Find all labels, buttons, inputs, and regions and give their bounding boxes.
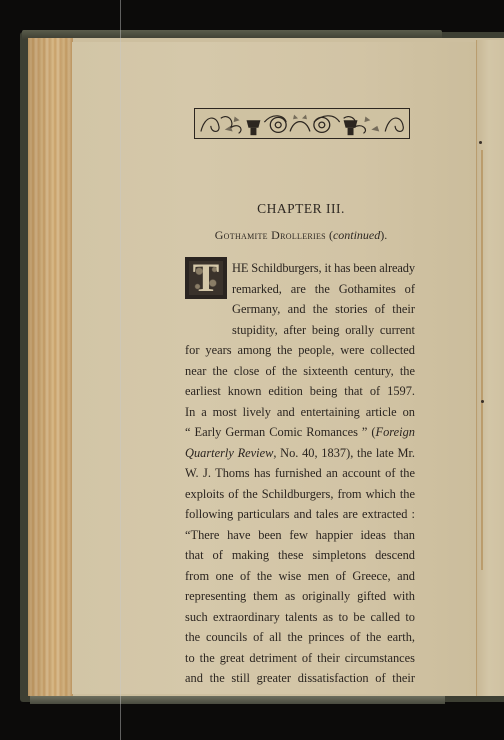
text-segment: HE Schildburgers, it has been already [232,261,415,275]
text-segment: the councils of all the princes of the e… [185,630,415,644]
text-segment: In a most lively and entertaining articl… [185,405,415,419]
drop-cap-letter: T [187,256,225,300]
binding-hole [479,141,482,144]
text-line: such extraordinary talents as to be call… [185,610,415,624]
floral-ornament-icon [195,109,409,138]
text-line: “ Early German Comic Romances ” (Foreign [185,425,415,439]
text-segment: , No. 40, 1837), the late Mr. [273,446,415,460]
text-segment: representing them as originally gifted w… [185,589,415,603]
text-line: W. J. Thoms has furnished an account of … [185,466,415,480]
text-segment: stupidity, after being orally current [232,323,415,337]
text-segment: following particulars and tales are extr… [185,507,415,521]
text-line: stupidity, after being orally current [232,323,415,337]
italic-text: Quarterly Review [185,446,273,460]
decorative-headpiece [194,108,410,139]
subtitle-close-paren: ). [380,228,387,242]
drop-cap: T [185,257,227,299]
italic-text: Foreign [376,425,415,439]
text-segment: remarked, are the Gothamites of [232,282,415,296]
text-segment: for years among the people, were collect… [185,343,415,357]
text-line: Germany, and the stories of their [232,302,415,316]
text-segment: “There have been few happier ideas than [185,528,415,542]
facing-page-crease [481,150,483,570]
text-segment: from one of the wise men of Greece, and [185,569,415,583]
chapter-title: CHAPTER III. [185,201,417,217]
text-segment: exploits of the Schildburgers, from whic… [185,487,415,501]
binding-hole [481,400,484,403]
text-line: that of making these simpletons descend [185,548,415,562]
text-segment: to the great detriment of their circumst… [185,651,415,665]
subtitle-main: Gothamite Drolleries [215,228,326,242]
text-line: to the great detriment of their circumst… [185,651,415,665]
text-segment: and the still greater dissatisfaction of… [185,671,415,685]
cover-bottom-edge [30,696,445,704]
text-segment: W. J. Thoms has furnished an account of … [185,466,415,480]
text-line: HE Schildburgers, it has been already [232,261,415,275]
text-segment: near the close of the sixteenth century,… [185,364,415,378]
text-line: earliest known edition being that of 159… [185,384,415,398]
text-line: exploits of the Schildburgers, from whic… [185,487,415,501]
text-segment: such extraordinary talents as to be call… [185,610,415,624]
subtitle-italic: continued [333,228,380,242]
text-line: for years among the people, were collect… [185,343,415,357]
text-segment: Germany, and the stories of their [232,302,415,316]
text-line: the councils of all the princes of the e… [185,630,415,644]
text-line: near the close of the sixteenth century,… [185,364,415,378]
text-segment: earliest known edition being that of 159… [185,384,415,398]
text-segment: that of making these simpletons descend [185,548,415,562]
text-line: Quarterly Review, No. 40, 1837), the lat… [185,446,415,460]
text-line: representing them as originally gifted w… [185,589,415,603]
subtitle-open-paren: ( [326,228,333,242]
text-line: In a most lively and entertaining articl… [185,405,415,419]
text-line: “There have been few happier ideas than [185,528,415,542]
scanner-artifact-line [120,0,121,740]
text-line: following particulars and tales are extr… [185,507,415,521]
text-line: remarked, are the Gothamites of [232,282,415,296]
chapter-subtitle: Gothamite Drolleries (continued). [185,228,417,243]
page-stack-shading [28,38,72,696]
text-segment: “ Early German Comic Romances ” ( [185,425,376,439]
text-line: and the still greater dissatisfaction of… [185,671,415,685]
text-line: from one of the wise men of Greece, and [185,569,415,583]
